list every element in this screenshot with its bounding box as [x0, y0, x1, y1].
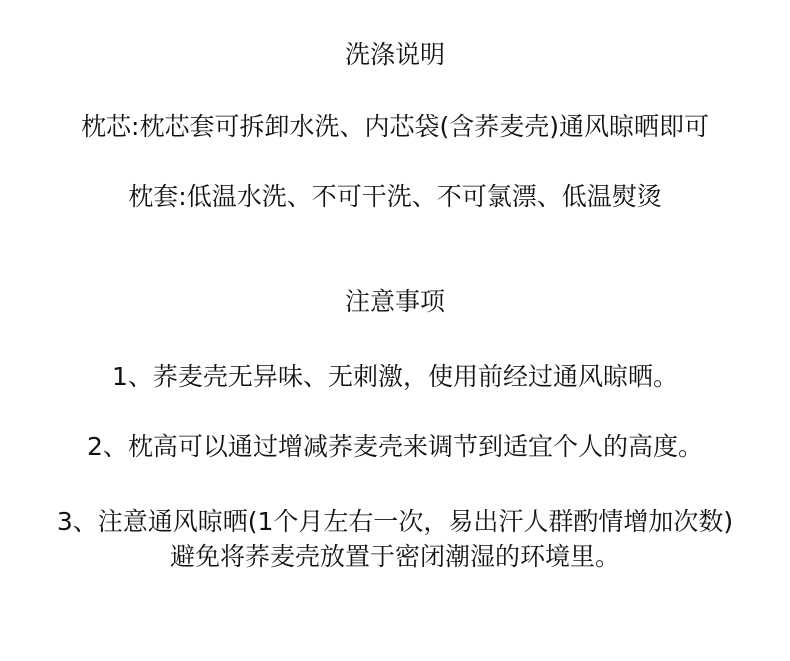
- note-item-1: 1、荞麦壳无异味、无刺激，使用前经过通风晾晒。: [0, 362, 790, 392]
- pillow-core-instruction: 枕芯:枕芯套可拆卸水洗、内芯袋(含荞麦壳)通风晾晒即可: [0, 112, 790, 142]
- note-item-3: 3、注意通风晾晒(1个月左右一次，易出汗人群酌情增加次数): [0, 507, 790, 537]
- washing-title: 洗涤说明: [0, 40, 790, 70]
- pillowcase-instruction: 枕套:低温水洗、不可干洗、不可氯漂、低温熨烫: [0, 182, 790, 212]
- note-item-2: 2、枕高可以通过增减荞麦壳来调节到适宜个人的高度。: [0, 432, 790, 462]
- note-item-3-continuation: 避免将荞麦壳放置于密闭潮湿的环境里。: [0, 542, 790, 572]
- notes-title: 注意事项: [0, 287, 790, 317]
